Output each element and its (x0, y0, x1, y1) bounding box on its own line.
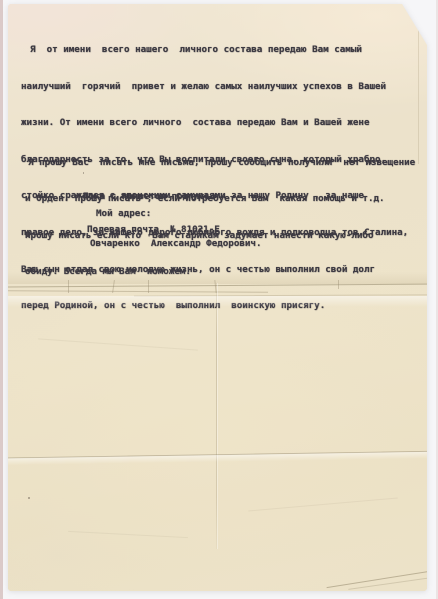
horizontal-crease-lower-highlight (8, 452, 427, 466)
paper-speck (28, 497, 30, 499)
diagonal-crease-bottom-right-2 (348, 577, 431, 590)
letter-signoff: Пока с приветом подпись: (83, 191, 216, 202)
horizontal-crease-lower (3, 450, 438, 458)
paper-wrinkle (68, 531, 188, 538)
letter-page: Я от имени всего нашего личного состава … (8, 4, 427, 591)
letter-address-label: Мой адрес: (96, 208, 151, 219)
letter-line: жизни. От имени всего личного состава пе… (21, 116, 408, 131)
letter-line: обиду. Всегда мы Вам поможем. (25, 265, 415, 279)
letter-page-wrapper: Я от имени всего нашего личного состава … (8, 4, 427, 591)
scanned-letter-screenshot: { "document": { "kind": "Typewritten let… (0, 0, 438, 599)
letter-line: Я прошу Вас писать мне письма, прошу соо… (25, 156, 415, 170)
vertical-fold-right-edge (418, 6, 419, 164)
letter-line: Я от имени всего нашего личного состава … (21, 43, 408, 58)
paper-speck (83, 172, 84, 174)
letter-paragraph-2: Я прошу Вас писать мне письма, прошу соо… (25, 134, 415, 302)
letter-line: наилучший горячий привет и желаю самых н… (21, 80, 408, 95)
paper-wrinkle (248, 497, 398, 511)
letter-sender-name: Овчаренко Александр Федорович. (90, 238, 261, 249)
diagonal-crease-bottom-right (327, 571, 430, 588)
scanner-edge-artifact-left (0, 0, 3, 599)
letter-field-post-number: Полевая почта № 81021-Е (87, 224, 220, 235)
paper-wrinkle (38, 338, 198, 350)
